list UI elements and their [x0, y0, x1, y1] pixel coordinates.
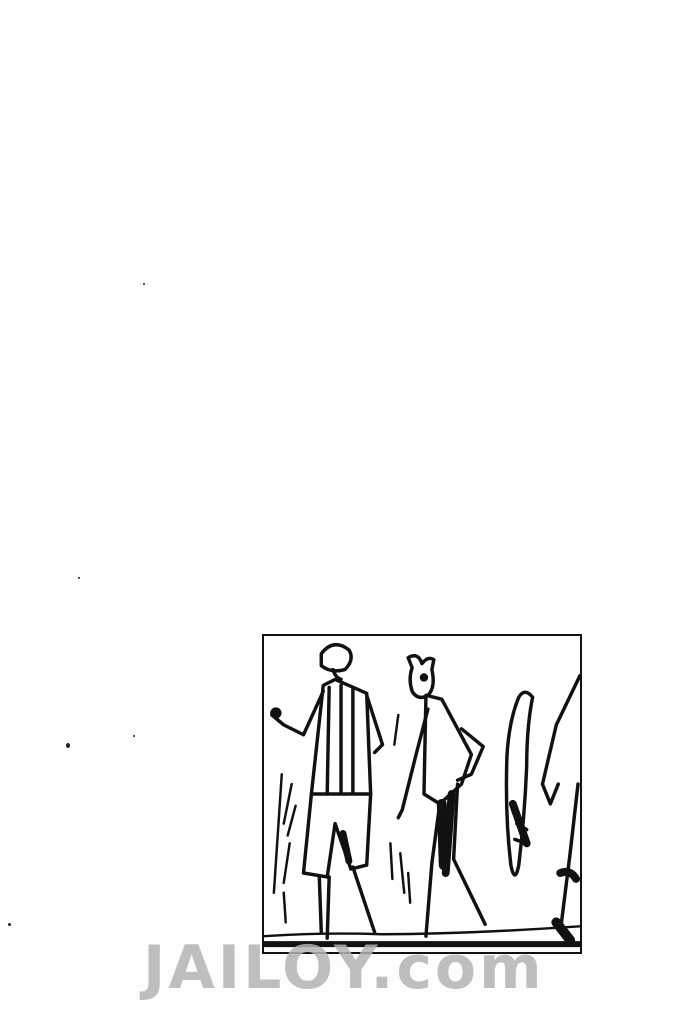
comic-panel	[262, 634, 582, 954]
panel-illustration	[264, 636, 580, 952]
comic-page: JAILOY.com	[0, 0, 700, 1017]
ink-speck	[143, 283, 145, 285]
watermark-text: JAILOY.com	[143, 938, 583, 998]
ink-speck	[8, 923, 11, 926]
capped-figure	[272, 645, 383, 938]
ink-speck	[78, 577, 80, 579]
partial-edge-figure	[542, 676, 580, 941]
ink-speck	[133, 735, 135, 737]
bear-eared-walker	[398, 656, 485, 936]
ink-speck	[66, 743, 70, 748]
hunched-figure	[506, 692, 532, 875]
